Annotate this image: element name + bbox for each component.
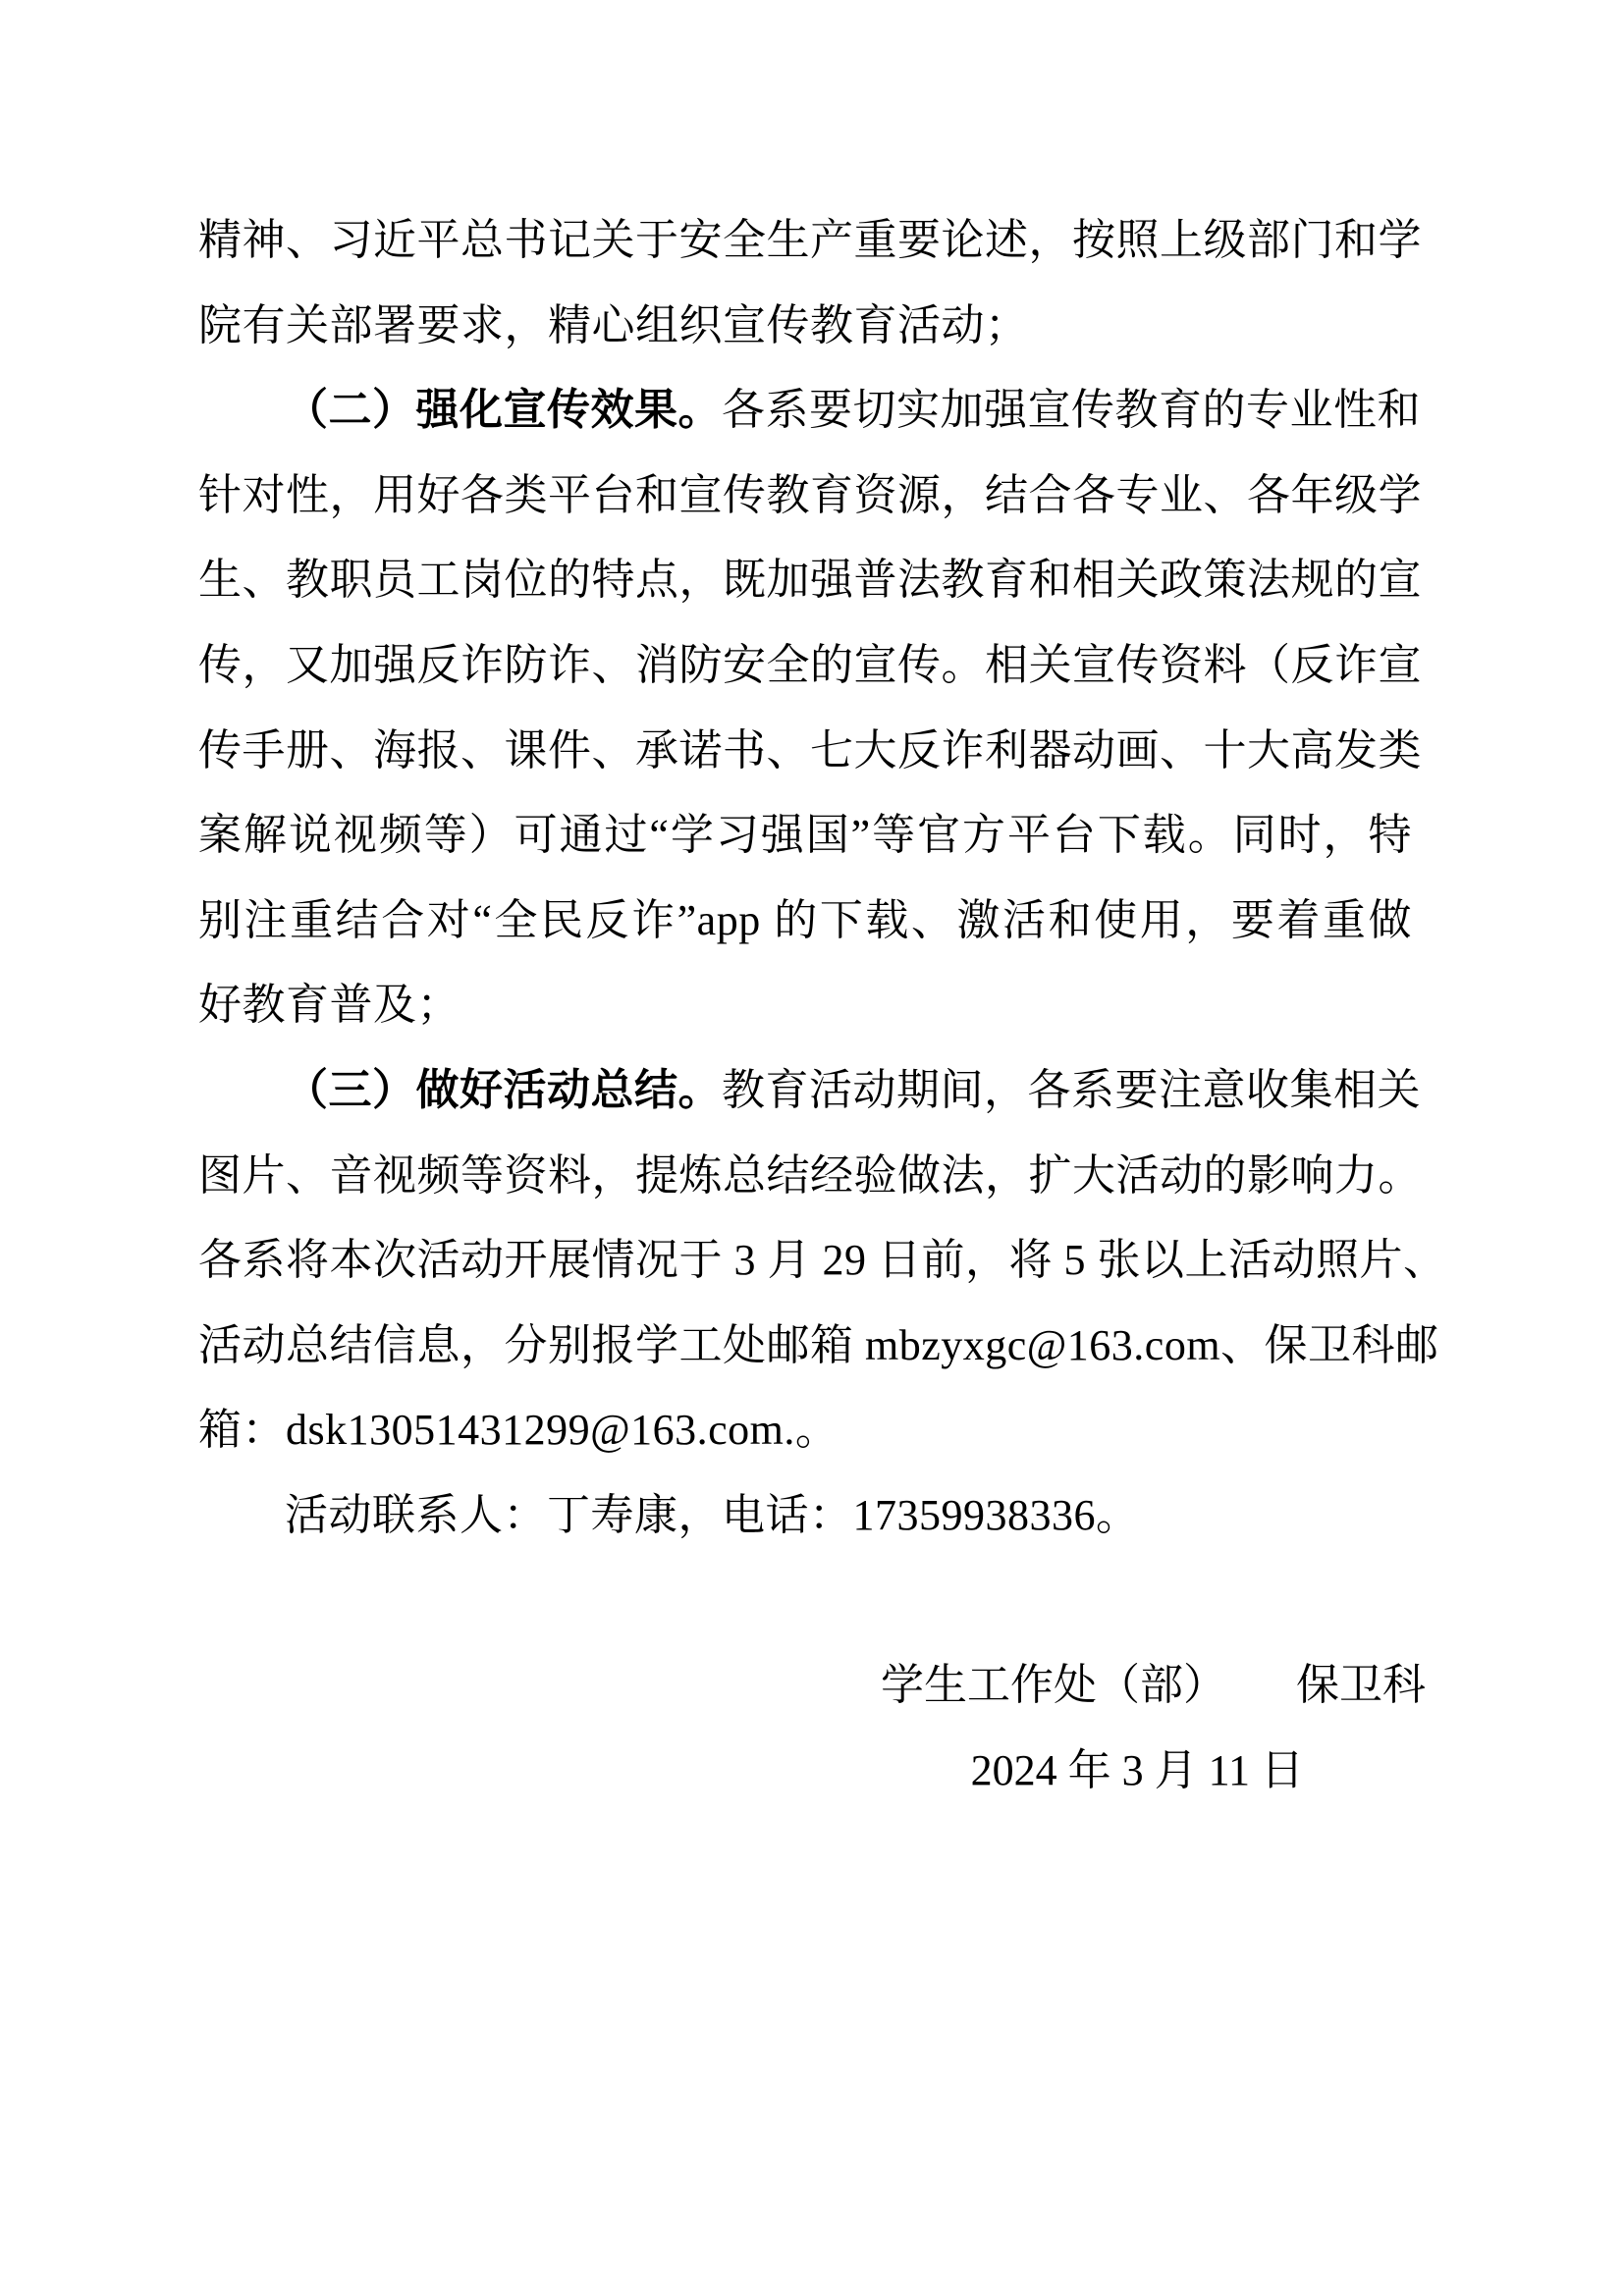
- text-run: 活动总结信息，分别报学工处邮箱 mbzyxgc@163.com、保卫科邮: [198, 1321, 1439, 1369]
- signature-office: 保卫科: [1296, 1661, 1426, 1709]
- text-line: 活动总结信息，分别报学工处邮箱 mbzyxgc@163.com、保卫科邮: [198, 1304, 1412, 1389]
- text-line: 活动联系人：丁寿康，电话：17359938336。: [198, 1473, 1412, 1559]
- text-run-bold: （三）做好活动总结。: [285, 1066, 722, 1114]
- text-line: 精神、习近平总书记关于安全生产重要论述，按照上级部门和学: [198, 198, 1412, 284]
- text-run: 好教育普及；: [198, 981, 460, 1029]
- text-run: 案解说视频等）可通过“学习强国”等官方平台下载。同时，特: [198, 811, 1412, 859]
- text-line: 传手册、海报、课件、承诺书、七大反诈利器动画、十大高发类: [198, 709, 1412, 794]
- text-run: 箱：dsk13051431299@163.com.。: [198, 1406, 839, 1454]
- text-run: 院有关部署要求，精心组织宣传教育活动；: [198, 301, 1029, 349]
- text-line: （二）强化宣传效果。各系要切实加强宣传教育的专业性和: [198, 368, 1412, 454]
- text-run: 活动联系人：丁寿康，电话：17359938336。: [285, 1491, 1140, 1539]
- signature-date: 2024 年 3 月 11 日: [198, 1729, 1412, 1814]
- text-run: 图片、音视频等资料，提炼总结经验做法，扩大活动的影响力。: [198, 1151, 1422, 1200]
- text-line: 图片、音视频等资料，提炼总结经验做法，扩大活动的影响力。: [198, 1134, 1412, 1219]
- blank-line: [198, 1559, 1412, 1644]
- text-line: 箱：dsk13051431299@163.com.。: [198, 1388, 1412, 1473]
- text-run: 各系要切实加强宣传教育的专业性和: [722, 386, 1421, 434]
- text-line: （三）做好活动总结。教育活动期间，各系要注意收集相关: [198, 1048, 1412, 1134]
- text-line: 院有关部署要求，精心组织宣传教育活动；: [198, 284, 1412, 369]
- signature-department: 学生工作处（部）: [881, 1661, 1226, 1709]
- text-run: 生、教职员工岗位的特点，既加强普法教育和相关政策法规的宣: [198, 556, 1422, 604]
- text-run-bold: （二）强化宣传效果。: [285, 386, 722, 434]
- text-run: 教育活动期间，各系要注意收集相关: [722, 1066, 1421, 1114]
- text-line: 生、教职员工岗位的特点，既加强普法教育和相关政策法规的宣: [198, 538, 1412, 623]
- text-line: 针对性，用好各类平台和宣传教育资源，结合各专业、各年级学: [198, 454, 1412, 539]
- text-run: 精神、习近平总书记关于安全生产重要论述，按照上级部门和学: [198, 216, 1422, 264]
- signature-line: 学生工作处（部）保卫科: [198, 1643, 1426, 1729]
- text-line: 案解说视频等）可通过“学习强国”等官方平台下载。同时，特: [198, 793, 1412, 879]
- text-run: 别注重结合对“全民反诈”app 的下载、激活和使用，要着重做: [198, 896, 1412, 944]
- text-run: 各系将本次活动开展情况于 3 月 29 日前，将 5 张以上活动照片、: [198, 1236, 1447, 1284]
- text-line: 别注重结合对“全民反诈”app 的下载、激活和使用，要着重做: [198, 879, 1412, 964]
- document-text-block: 精神、习近平总书记关于安全生产重要论述，按照上级部门和学院有关部署要求，精心组织…: [198, 198, 1412, 1813]
- text-run: 针对性，用好各类平台和宣传教育资源，结合各专业、各年级学: [198, 471, 1422, 519]
- text-line: 好教育普及；: [198, 963, 1412, 1048]
- document-body: 精神、习近平总书记关于安全生产重要论述，按照上级部门和学院有关部署要求，精心组织…: [198, 198, 1412, 1559]
- document-page: 精神、习近平总书记关于安全生产重要论述，按照上级部门和学院有关部署要求，精心组织…: [0, 0, 1624, 2296]
- text-run: 传手册、海报、课件、承诺书、七大反诈利器动画、十大高发类: [198, 726, 1422, 774]
- text-line: 传，又加强反诈防诈、消防安全的宣传。相关宣传资料（反诈宣: [198, 623, 1412, 709]
- text-run: 传，又加强反诈防诈、消防安全的宣传。相关宣传资料（反诈宣: [198, 641, 1422, 689]
- text-line: 各系将本次活动开展情况于 3 月 29 日前，将 5 张以上活动照片、: [198, 1218, 1412, 1304]
